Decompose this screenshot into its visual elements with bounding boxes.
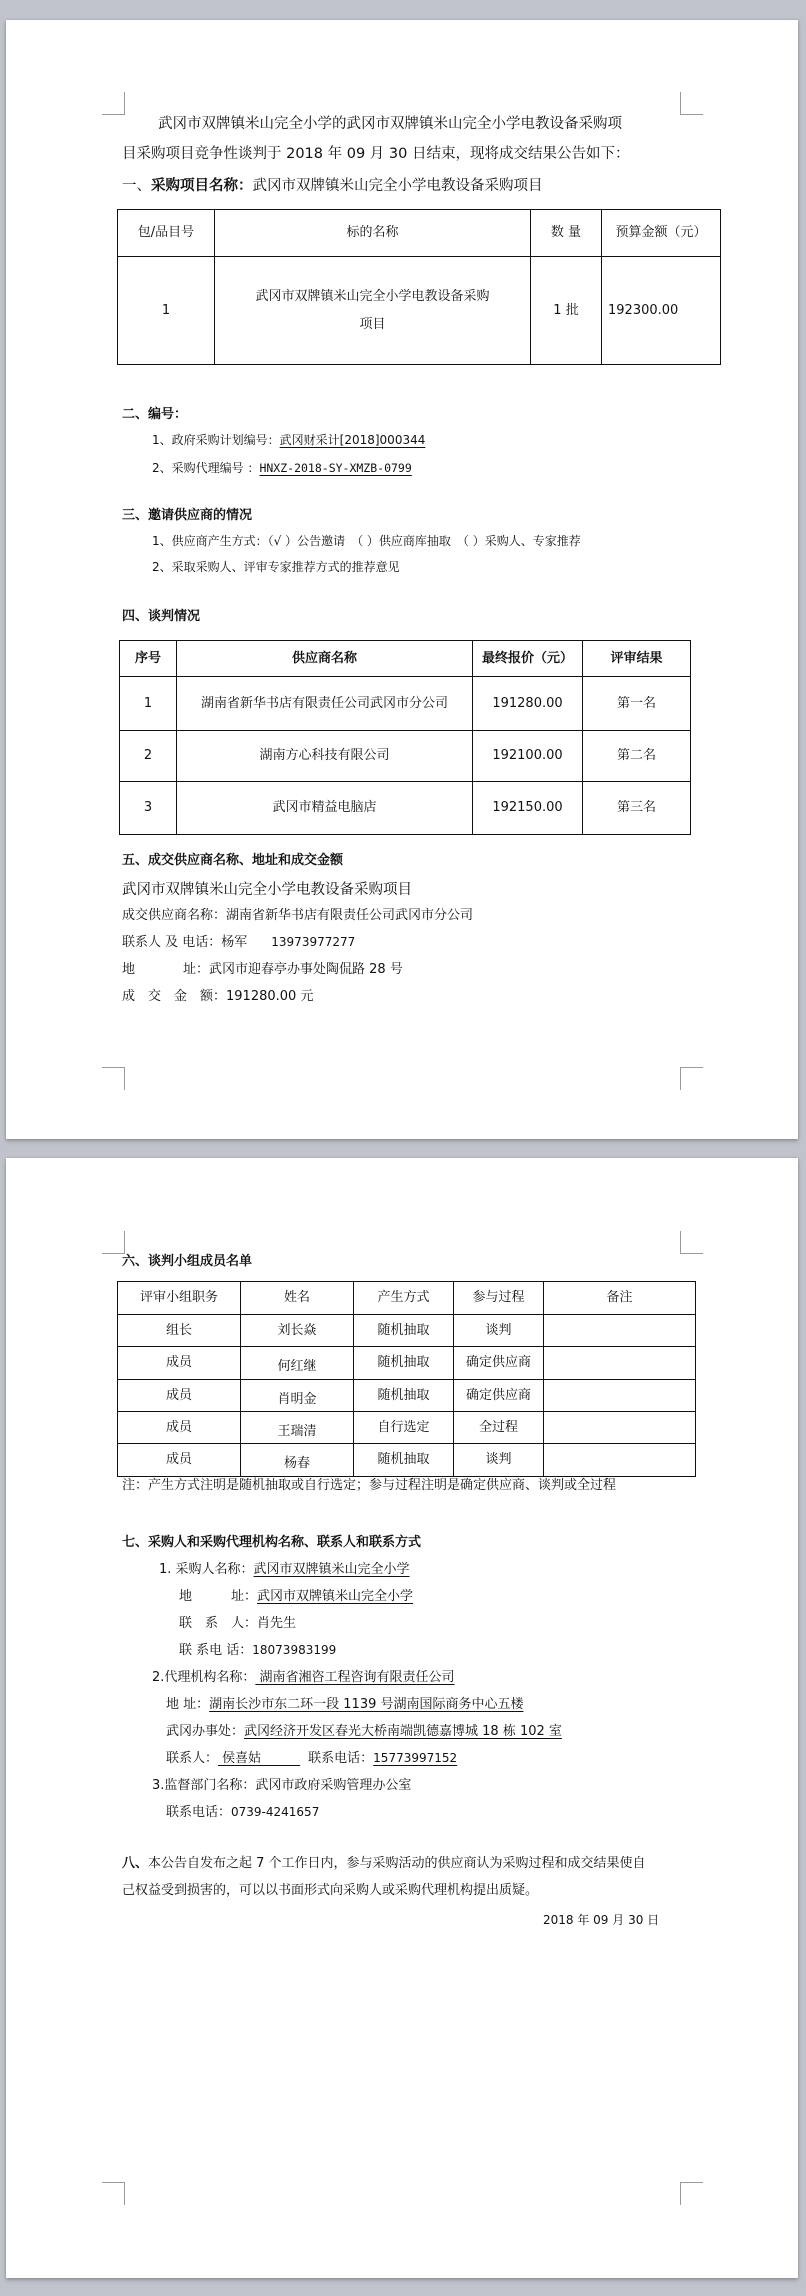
margin-corner-mark (102, 1231, 125, 1254)
cell-budget: 192300.00 (602, 257, 721, 365)
cell-result: 第二名 (583, 731, 691, 782)
agency-number-row: 2、采购代理编号 ：HNXZ-2018-SY-XMZB-0799 (152, 460, 412, 476)
table-row: 3 武冈市精益电脑店 192150.00 第三名 (120, 782, 691, 835)
agency-office-label: 武冈办事处： (166, 1724, 244, 1739)
purchaser-contact-row: 联 系 人：肖先生 (179, 1615, 296, 1633)
table-header-row: 评审小组职务 姓名 产生方式 参与过程 备注 (118, 1282, 696, 1315)
announcement-date: 2018 年 09 月 30 日 (543, 1912, 659, 1928)
plan-number-row: 1、政府采购计划编号：武冈财采计[2018]000344 (152, 432, 425, 448)
agency-name-value: 湖南省湘咨工程咨询有限责任公司 (255, 1670, 454, 1685)
cell-note (544, 1347, 696, 1380)
deal-contact-phone: 13973977277 (271, 935, 355, 949)
cell-supplier: 湖南方心科技有限公司 (177, 731, 473, 782)
intro-line-2: 目采购项目竞争性谈判于 2018 年 09 月 30 日结束，现将成交结果公告如… (122, 144, 629, 164)
purchaser-name-value: 武冈市双牌镇米山完全小学 (254, 1562, 410, 1577)
agency-name-label: 2.代理机构名称： (152, 1670, 255, 1685)
section-3-heading: 三、邀请供应商的情况 (122, 507, 252, 525)
header-result: 评审结果 (583, 641, 691, 677)
table-row: 成员 王瑞清 自行选定 全过程 (118, 1412, 696, 1444)
agency-number-value: HNXZ-2018-SY-XMZB-0799 (259, 461, 411, 475)
section-6-heading: 六、谈判小组成员名单 (122, 1253, 252, 1271)
header-seq: 序号 (120, 641, 177, 677)
cell-name: 王瑞清 (241, 1412, 354, 1444)
deal-supplier-row: 成交供应商名称：湖南省新华书店有限责任公司武冈市分公司 (122, 907, 473, 925)
margin-corner-mark (680, 92, 703, 115)
supervisor-name-row: 3.监督部门名称：武冈市政府采购管理办公室 (152, 1777, 411, 1795)
agency-address-value: 湖南长沙市东二环一段 1139 号湖南国际商务中心五楼 (209, 1697, 523, 1712)
header-method: 产生方式 (354, 1282, 454, 1315)
deal-contact-name: 杨军 (221, 935, 247, 950)
table-row: 成员 何红继 随机抽取 确定供应商 (118, 1347, 696, 1380)
section-4-heading: 四、谈判情况 (122, 608, 200, 626)
cell-process: 确定供应商 (454, 1347, 544, 1380)
panel-note: 注：产生方式注明是随机抽取或自行选定；参与过程注明是确定供应商、谈判或全过程 (122, 1477, 616, 1495)
cell-process: 确定供应商 (454, 1380, 544, 1412)
cell-name: 肖明金 (241, 1380, 354, 1412)
recommendation-line: 2、采取采购人、评审专家推荐方式的推荐意见 (152, 559, 400, 575)
supplier-method-line: 1、供应商产生方式：（√ ）公告邀请 （ ）供应商库抽取 （ ）采购人、专家推荐 (152, 533, 581, 549)
cell-price: 192150.00 (473, 782, 583, 835)
cell-note (544, 1380, 696, 1412)
margin-corner-mark (102, 1067, 125, 1090)
cell-supplier: 武冈市精益电脑店 (177, 782, 473, 835)
item-name-line-1: 武冈市双牌镇米山完全小学电教设备采购 (215, 283, 530, 311)
header-quantity: 数 量 (531, 210, 602, 257)
deal-amount-value: 191280.00 元 (226, 989, 313, 1004)
table-row: 成员 肖明金 随机抽取 确定供应商 (118, 1380, 696, 1412)
plan-number-value: 武冈财采计[2018]000344 (280, 433, 426, 447)
header-price: 最终报价（元） (473, 641, 583, 677)
agency-office-value: 武冈经济开发区春光大桥南端凯德嘉博城 18 栋 102 室 (244, 1724, 562, 1739)
section-5-heading: 五、成交供应商名称、地址和成交金额 (122, 852, 343, 870)
purchaser-name-row: 1. 采购人名称：武冈市双牌镇米山完全小学 (159, 1561, 410, 1579)
agency-contact-label: 联系人： (166, 1751, 218, 1766)
purchaser-address-label: 地 址： (179, 1589, 257, 1604)
purchaser-contact-label: 联 系 人： (179, 1616, 257, 1631)
cell-method: 随机抽取 (354, 1347, 454, 1380)
cell-price: 192100.00 (473, 731, 583, 782)
agency-address-label: 地 址： (166, 1697, 209, 1712)
deal-project-name: 武冈市双牌镇米山完全小学电教设备采购项目 (122, 880, 412, 900)
panel-members-table: 评审小组职务 姓名 产生方式 参与过程 备注 组长 刘长焱 随机抽取 谈判 成员… (117, 1281, 696, 1477)
cell-process: 谈判 (454, 1315, 544, 1347)
cell-seq: 3 (120, 782, 177, 835)
deal-supplier-label: 成交供应商名称： (122, 908, 226, 923)
cell-process: 全过程 (454, 1412, 544, 1444)
cell-seq: 1 (120, 677, 177, 731)
table-header-row: 包/品目号 标的名称 数 量 预算金额（元） (118, 210, 721, 257)
deal-amount-label: 成 交 金 额： (122, 989, 226, 1004)
cell-role: 成员 (118, 1380, 241, 1412)
cell-name: 杨春 (241, 1444, 354, 1477)
cell-method: 随机抽取 (354, 1380, 454, 1412)
margin-corner-mark (680, 1067, 703, 1090)
cell-result: 第一名 (583, 677, 691, 731)
header-note: 备注 (544, 1282, 696, 1315)
header-item-name: 标的名称 (215, 210, 531, 257)
header-budget: 预算金额（元） (602, 210, 721, 257)
deal-address-label-b: 址： (183, 962, 209, 977)
margin-corner-mark (680, 2182, 703, 2205)
agency-name-row: 2.代理机构名称： 湖南省湘咨工程咨询有限责任公司 (152, 1669, 455, 1687)
section-7-heading: 七、采购人和采购代理机构名称、联系人和联系方式 (122, 1534, 421, 1552)
cell-name: 何红继 (241, 1347, 354, 1380)
header-process: 参与过程 (454, 1282, 544, 1315)
section-1-heading: 一、采购项目名称：武冈市双牌镇米山完全小学电教设备采购项目 (122, 176, 543, 196)
agency-contact-value: 侯喜姑 (218, 1751, 300, 1766)
cell-role: 成员 (118, 1412, 241, 1444)
agency-phone-label: 联系电话： (308, 1751, 373, 1766)
cell-price: 191280.00 (473, 677, 583, 731)
deal-supplier-value: 湖南省新华书店有限责任公司武冈市分公司 (226, 908, 473, 923)
intro-line-1: 武冈市双牌镇米山完全小学的武冈市双牌镇米山完全小学电教设备采购项 (158, 114, 622, 134)
cell-package-no: 1 (118, 257, 215, 365)
header-package-no: 包/品目号 (118, 210, 215, 257)
deal-address-row: 地址：武冈市迎春亭办事处陶侃路 28 号 (122, 961, 403, 979)
deal-address-label-a: 地 (122, 962, 135, 977)
table-row: 2 湖南方心科技有限公司 192100.00 第二名 (120, 731, 691, 782)
plan-number-label: 1、政府采购计划编号： (152, 433, 280, 447)
negotiation-table: 序号 供应商名称 最终报价（元） 评审结果 1 湖南省新华书店有限责任公司武冈市… (119, 640, 691, 835)
agency-address-row: 地 址：湖南长沙市东二环一段 1139 号湖南国际商务中心五楼 (166, 1696, 524, 1714)
cell-result: 第三名 (583, 782, 691, 835)
deal-contact-row: 联系人 及 电话：杨军13973977277 (122, 934, 355, 952)
agency-contact-row: 联系人： 侯喜姑 联系电话：15773997152 (166, 1750, 457, 1768)
purchaser-phone-label: 联 系电 话： (179, 1643, 252, 1658)
cell-seq: 2 (120, 731, 177, 782)
header-supplier: 供应商名称 (177, 641, 473, 677)
section-1-value: 武冈市双牌镇米山完全小学电教设备采购项目 (253, 178, 543, 194)
document-page-2: 六、谈判小组成员名单 评审小组职务 姓名 产生方式 参与过程 备注 组长 刘长焱… (6, 1158, 798, 2278)
purchaser-phone-value: 18073983199 (252, 1643, 336, 1657)
section-8-line-1: 八、本公告自发布之起 7 个工作日内，参与采购活动的供应商认为采购过程和成交结果… (122, 1855, 646, 1873)
table-row: 1 武冈市双牌镇米山完全小学电教设备采购 项目 1 批 192300.00 (118, 257, 721, 365)
table-row: 成员 杨春 随机抽取 谈判 (118, 1444, 696, 1477)
supervisor-phone-label: 联系电话： (166, 1805, 231, 1820)
margin-corner-mark (680, 1231, 703, 1254)
purchaser-address-value: 武冈市双牌镇米山完全小学 (257, 1589, 413, 1604)
deal-amount-row: 成 交 金 额：191280.00 元 (122, 988, 313, 1006)
cell-role: 成员 (118, 1347, 241, 1380)
cell-role: 组长 (118, 1315, 241, 1347)
section-1-prefix: 一、 (122, 178, 151, 194)
cell-note (544, 1315, 696, 1347)
purchaser-contact-value: 肖先生 (257, 1616, 296, 1631)
cell-method: 随机抽取 (354, 1315, 454, 1347)
cell-note (544, 1412, 696, 1444)
cell-note (544, 1444, 696, 1477)
section-8-line-2: 己权益受到损害的，可以以书面形式向采购人或采购代理机构提出质疑。 (122, 1882, 538, 1900)
purchaser-phone-row: 联 系电 话：18073983199 (179, 1642, 336, 1660)
cell-method: 自行选定 (354, 1412, 454, 1444)
project-table: 包/品目号 标的名称 数 量 预算金额（元） 1 武冈市双牌镇米山完全小学电教设… (117, 209, 721, 365)
cell-role: 成员 (118, 1444, 241, 1477)
section-1-label: 采购项目名称： (151, 178, 253, 194)
deal-address-value: 武冈市迎春亭办事处陶侃路 28 号 (209, 962, 403, 977)
table-row: 1 湖南省新华书店有限责任公司武冈市分公司 191280.00 第一名 (120, 677, 691, 731)
cell-quantity: 1 批 (531, 257, 602, 365)
header-role: 评审小组职务 (118, 1282, 241, 1315)
agency-number-label: 2、采购代理编号 ： (152, 461, 259, 475)
cell-method: 随机抽取 (354, 1444, 454, 1477)
table-header-row: 序号 供应商名称 最终报价（元） 评审结果 (120, 641, 691, 677)
supervisor-phone-row: 联系电话：0739-4241657 (166, 1804, 319, 1822)
cell-name: 刘长焱 (241, 1315, 354, 1347)
section-2-heading: 二、编号： (122, 406, 187, 424)
document-page-1: 武冈市双牌镇米山完全小学的武冈市双牌镇米山完全小学电教设备采购项 目采购项目竞争… (6, 20, 798, 1139)
supervisor-name-value: 武冈市政府采购管理办公室 (255, 1778, 411, 1793)
cell-supplier: 湖南省新华书店有限责任公司武冈市分公司 (177, 677, 473, 731)
purchaser-name-label: 1. 采购人名称： (159, 1562, 254, 1577)
margin-corner-mark (102, 92, 125, 115)
cell-item-name: 武冈市双牌镇米山完全小学电教设备采购 项目 (215, 257, 531, 365)
agency-phone-value: 15773997152 (373, 1751, 457, 1765)
purchaser-address-row: 地 址：武冈市双牌镇米山完全小学 (179, 1588, 413, 1606)
table-row: 组长 刘长焱 随机抽取 谈判 (118, 1315, 696, 1347)
supervisor-phone-value: 0739-4241657 (231, 1805, 319, 1819)
deal-contact-label: 联系人 及 电话： (122, 935, 221, 950)
section-8-text-1: 本公告自发布之起 7 个工作日内，参与采购活动的供应商认为采购过程和成交结果使自 (148, 1856, 646, 1871)
margin-corner-mark (102, 2182, 125, 2205)
header-name: 姓名 (241, 1282, 354, 1315)
section-8-prefix: 八、 (122, 1856, 148, 1871)
cell-process: 谈判 (454, 1444, 544, 1477)
item-name-line-2: 项目 (215, 311, 530, 339)
supervisor-name-label: 3.监督部门名称： (152, 1778, 255, 1793)
agency-office-row: 武冈办事处：武冈经济开发区春光大桥南端凯德嘉博城 18 栋 102 室 (166, 1723, 562, 1741)
